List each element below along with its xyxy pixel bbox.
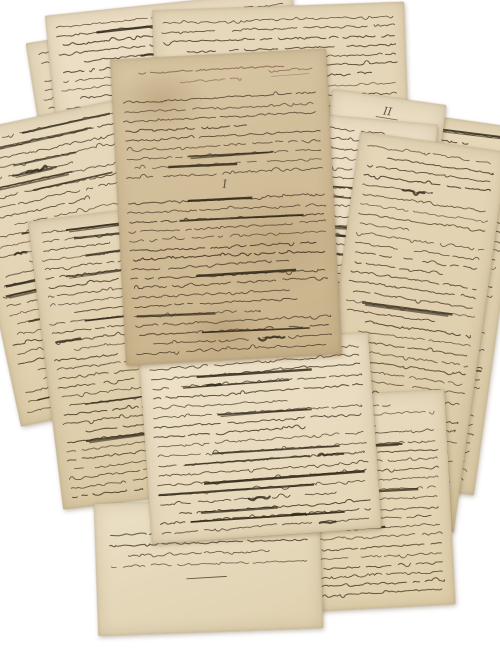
- manuscript-page-bottom-center: [138, 332, 381, 544]
- handwriting-svg: I: [110, 49, 342, 366]
- section-numeral-i: I: [221, 178, 228, 191]
- manuscript-photo: III: [0, 0, 500, 649]
- manuscript-page-center-title: I: [110, 49, 342, 366]
- section-numeral-ii: II: [381, 104, 393, 118]
- handwriting-svg: [138, 332, 381, 544]
